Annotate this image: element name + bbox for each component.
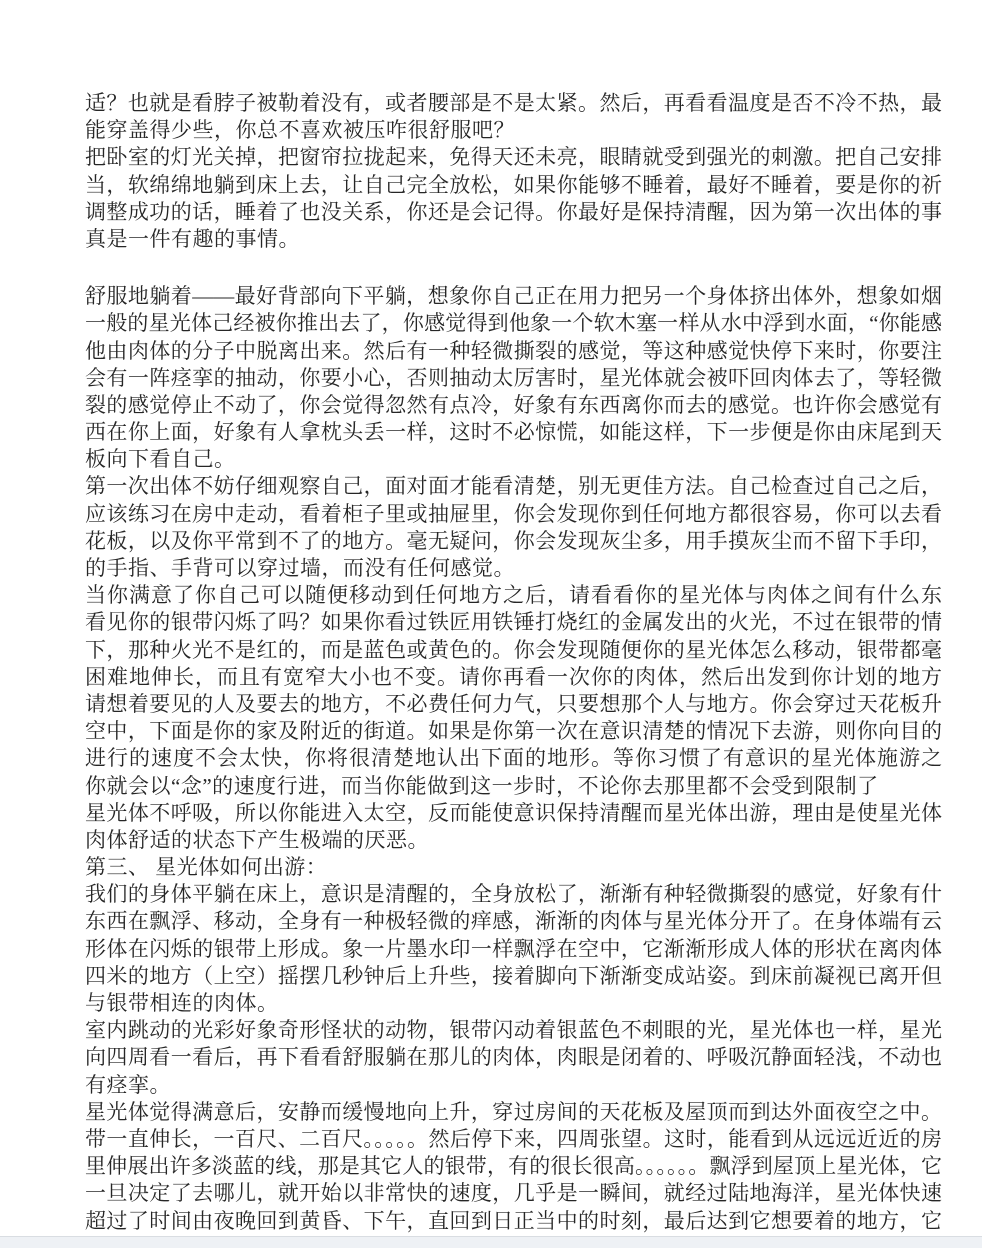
text-line: 适？也就是看脖子被勒着没有，或者腰部是不是太紧。然后，再看看温度是否不冷不热，最…: [85, 90, 942, 117]
text-line: 与银带相连的肉体。: [85, 990, 942, 1017]
text-column: 适？也就是看脖子被勒着没有，或者腰部是不是太紧。然后，再看看温度是否不冷不热，最…: [85, 90, 942, 1235]
paragraph: 星光体觉得满意后，安静而缓慢地向上升，穿过房间的天花板及屋顶而到达外面夜空之中。…: [85, 1099, 942, 1235]
text-line: 会有一阵痉挛的抽动，你要小心，否则抽动太厉害时，星光体就会被吓回肉体去了，等轻微…: [85, 365, 942, 392]
paragraph: 当你满意了你自己可以随便移动到任何地方之后，请看看你的星光体与肉体之间有什么东西…: [85, 582, 942, 691]
text-line: 肉体舒适的状态下产生极端的厌恶。: [85, 827, 942, 854]
paragraph: 舒服地躺着——最好背部向下平躺，想象你自己正在用力把另一个身体挤出体外，想象如烟…: [85, 283, 942, 473]
text-line: 带一直伸长，一百尺、二百尺。。。。。然后停下来，四周张望。这时，能看到从远远近近…: [85, 1126, 942, 1153]
text-line: 西在你上面，好象有人拿枕头丢一样，这时不必惊慌，如能这样，下一步便是你由床尾到天…: [85, 419, 942, 446]
text-line: 请想着要见的人及要去的地方，不必费任何力气，只要想那个人与地方。你会穿过天花板升…: [85, 691, 942, 718]
text-line: 一旦决定了去哪儿，就开始以非常快的速度，几乎是一瞬间，就经过陆地海洋，星光体快速…: [85, 1180, 942, 1207]
text-line: 应该练习在房中走动，看着柜子里或抽屉里，你会发现你到任何地方都很容易，你可以去看…: [85, 501, 942, 528]
paragraph: 第一次出体不妨仔细观察自己，面对面才能看清楚，别无更佳方法。自己检查过自己之后，…: [85, 473, 942, 582]
paragraph: 适？也就是看脖子被勒着没有，或者腰部是不是太紧。然后，再看看温度是否不冷不热，最…: [85, 90, 942, 253]
text-line: 真是一件有趣的事情。: [85, 226, 942, 253]
text-line: 看见你的银带闪烁了吗？如果你看过铁匠用铁锤打烧红的金属发出的火光，不过在银带的情…: [85, 609, 942, 636]
text-line: 进行的速度不会太快，你将很清楚地认出下面的地形。等你习惯了有意识的星光体施游之后…: [85, 745, 942, 772]
text-line: 舒服地躺着——最好背部向下平躺，想象你自己正在用力把另一个身体挤出体外，想象如烟…: [85, 283, 942, 310]
text-line: 能穿盖得少些，你总不喜欢被压咋很舒服吧？: [85, 117, 942, 144]
text-line: 板向下看自己。: [85, 446, 942, 473]
text-line: 他由肉体的分子中脱离出来。然后有一种轻微撕裂的感觉，等这种感觉快停下来时，你要注…: [85, 338, 942, 365]
paragraph: 我们的身体平躺在床上，意识是清醒的，全身放松了，渐渐有种轻微撕裂的感觉，好象有什…: [85, 881, 942, 1017]
text-line: 星光体不呼吸，所以你能进入太空，反而能使意识保持清醒而星光体出游，理由是使星光体…: [85, 800, 942, 827]
text-line: 一般的星光体己经被你推出去了，你感觉得到他象一个软木塞一样从水中浮到水面，“你能…: [85, 310, 942, 337]
text-line: 空中，下面是你的家及附近的街道。如果是你第一次在意识清楚的情况下去游，则你向目的…: [85, 718, 942, 745]
text-line: 困难地伸长，而且有宽窄大小也不变。请你再看一次你的肉体，然后出发到你计划的地方去…: [85, 664, 942, 691]
text-line: 的手指、手背可以穿过墙，而没有任何感觉。: [85, 555, 942, 582]
text-line: 四米的地方（上空）摇摆几秒钟后上升些，接着脚向下渐渐变成站姿。到床前凝视已离开但…: [85, 963, 942, 990]
text-line: 花板，以及你平常到不了的地方。毫无疑问，你会发现灰尘多，用手摸灰尘而不留下手印，…: [85, 528, 942, 555]
text-line: 有痉挛。: [85, 1072, 942, 1099]
text-line: 第三、 星光体如何出游：: [85, 854, 942, 881]
text-line: 我们的身体平躺在床上，意识是清醒的，全身放松了，渐渐有种轻微撕裂的感觉，好象有什…: [85, 881, 942, 908]
section-heading: 第三、 星光体如何出游：: [85, 854, 942, 881]
text-line: 裂的感觉停止不动了，你会觉得忽然有点冷，好象有东西离你而去的感觉。也许你会感觉有…: [85, 392, 942, 419]
text-line: 第一次出体不妨仔细观察自己，面对面才能看清楚，别无更佳方法。自己检查过自己之后，…: [85, 473, 942, 500]
text-line: 里伸展出许多淡蓝的线，那是其它人的银带，有的很长很高。。。。。。飘浮到屋顶上星光…: [85, 1153, 942, 1180]
text-line: 调整成功的话，睡着了也没关系，你还是会记得。你最好是保持清醒，因为第一次出体的事…: [85, 199, 942, 226]
text-line: 当，软绵绵地躺到床上去，让自己完全放松，如果你能够不睡着，最好不睡着，要是你的祈…: [85, 172, 942, 199]
text-line: 超过了时间由夜晚回到黄昏、下午，直回到日正当中的时刻，最后达到它想要着的地方，它…: [85, 1208, 942, 1235]
paragraph: 请想着要见的人及要去的地方，不必费任何力气，只要想那个人与地方。你会穿过天花板升…: [85, 691, 942, 800]
text-line: 把卧室的灯光关掉，把窗帘拉拢起来，免得天还未亮，眼睛就受到强光的刺激。把自己安排…: [85, 144, 942, 171]
text-line: 向四周看一看后，再下看看舒服躺在那儿的肉体，肉眼是闭着的、呼吸沉静面轻浅，不动也…: [85, 1044, 942, 1071]
page-bottom-edge: [0, 1236, 982, 1248]
text-line: 下，那种火光不是红的，而是蓝色或黄色的。你会发现随便你的星光体怎么移动，银带都毫…: [85, 637, 942, 664]
text-line: 东西在飘浮、移动，全身有一种极轻微的痒感，渐渐的肉体与星光体分开了。在身体端有云…: [85, 908, 942, 935]
document-page: 适？也就是看脖子被勒着没有，或者腰部是不是太紧。然后，再看看温度是否不冷不热，最…: [0, 0, 982, 1248]
text-line: 星光体觉得满意后，安静而缓慢地向上升，穿过房间的天花板及屋顶而到达外面夜空之中。…: [85, 1099, 942, 1126]
text-line: 当你满意了你自己可以随便移动到任何地方之后，请看看你的星光体与肉体之间有什么东西…: [85, 582, 942, 609]
text-line: 你就会以“念”的速度行进，而当你能做到这一步时，不论你去那里都不会受到限制了: [85, 773, 942, 800]
text-line: 形体在闪烁的银带上形成。象一片墨水印一样飘浮在空中，它渐渐形成人体的形状在离肉体…: [85, 936, 942, 963]
paragraph: 星光体不呼吸，所以你能进入太空，反而能使意识保持清醒而星光体出游，理由是使星光体…: [85, 800, 942, 854]
paragraph: 室内跳动的光彩好象奇形怪状的动物，银带闪动着银蓝色不刺眼的光，星光体也一样，星光…: [85, 1017, 942, 1099]
text-line: 室内跳动的光彩好象奇形怪状的动物，银带闪动着银蓝色不刺眼的光，星光体也一样，星光…: [85, 1017, 942, 1044]
paragraph-spacer: [85, 253, 942, 283]
